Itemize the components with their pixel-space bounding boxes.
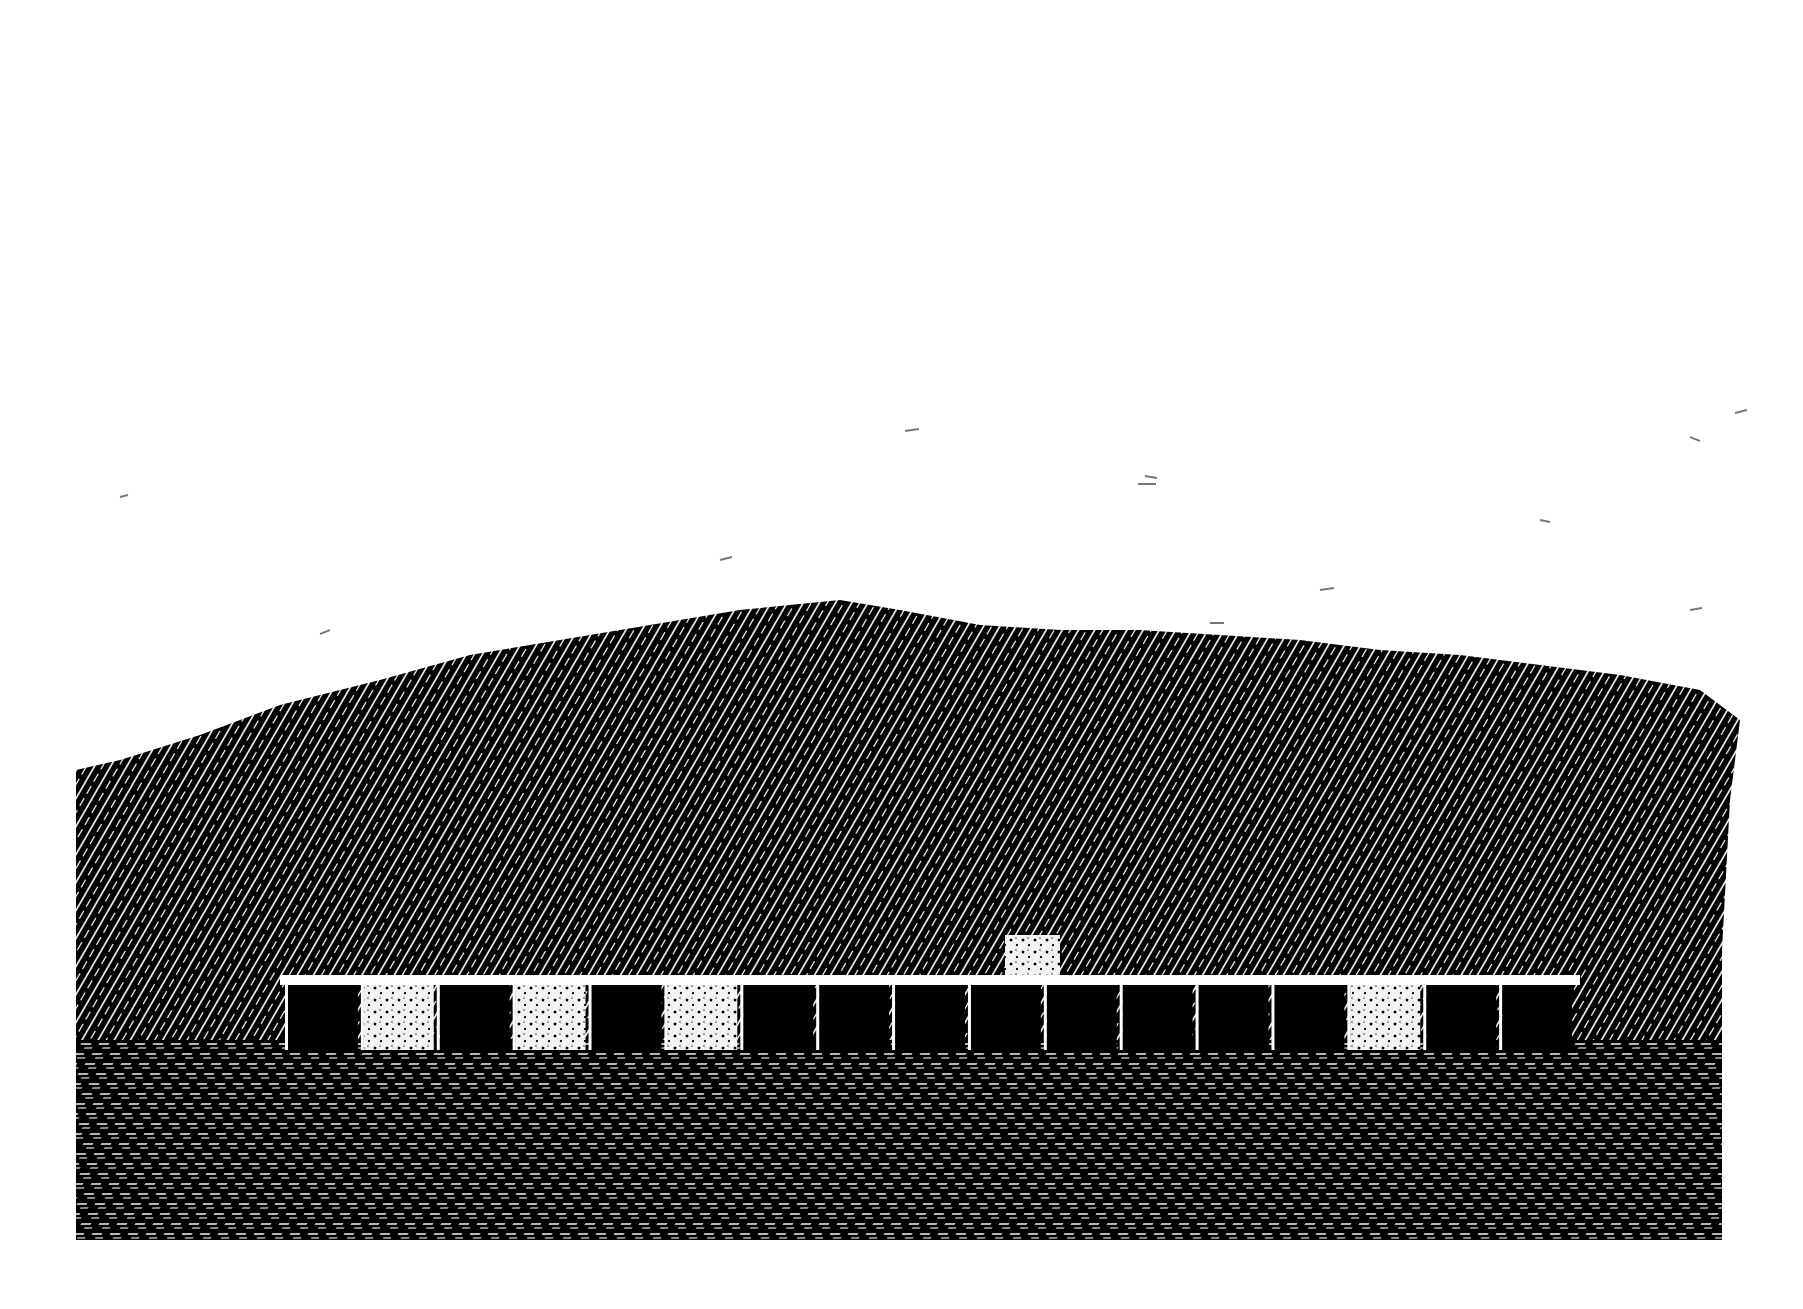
roof-line xyxy=(280,975,1580,985)
facade-post xyxy=(285,985,288,1050)
facade-panel xyxy=(440,985,510,1050)
facade-post xyxy=(437,985,440,1050)
facade-post xyxy=(1271,985,1274,1050)
facade-panel xyxy=(971,985,1041,1050)
facade-panel xyxy=(364,985,434,1050)
facade-panel xyxy=(1274,985,1344,1050)
facade-panel xyxy=(667,985,737,1050)
facade-post xyxy=(513,985,516,1050)
facade-post xyxy=(740,985,743,1050)
facade-panel xyxy=(819,985,889,1050)
facade-panel xyxy=(516,985,586,1050)
facade-post xyxy=(1423,985,1426,1050)
ink-sketch-landscape xyxy=(0,0,1803,1309)
facade-panel xyxy=(1123,985,1193,1050)
facade-post xyxy=(589,985,592,1050)
facade-panel xyxy=(1350,985,1420,1050)
facade-panel xyxy=(1199,985,1269,1050)
foreground-field xyxy=(76,1040,1722,1240)
facade-panel xyxy=(1426,985,1496,1050)
facade-panel xyxy=(288,985,358,1050)
facade-post xyxy=(1499,985,1502,1050)
facade-panel xyxy=(895,985,965,1050)
facade-post xyxy=(361,985,364,1050)
chimney xyxy=(1005,935,1060,975)
facade-post xyxy=(968,985,971,1050)
facade-panel xyxy=(1047,985,1117,1050)
facade-post xyxy=(1196,985,1199,1050)
facade-post xyxy=(892,985,895,1050)
facade-post xyxy=(664,985,667,1050)
facade-post xyxy=(1120,985,1123,1050)
facade-panel xyxy=(743,985,813,1050)
facade-panel xyxy=(1502,985,1572,1050)
facade-panel xyxy=(592,985,662,1050)
facade-post xyxy=(1044,985,1047,1050)
facade-panels xyxy=(285,985,1572,1050)
facade-post xyxy=(1347,985,1350,1050)
facade-post xyxy=(816,985,819,1050)
